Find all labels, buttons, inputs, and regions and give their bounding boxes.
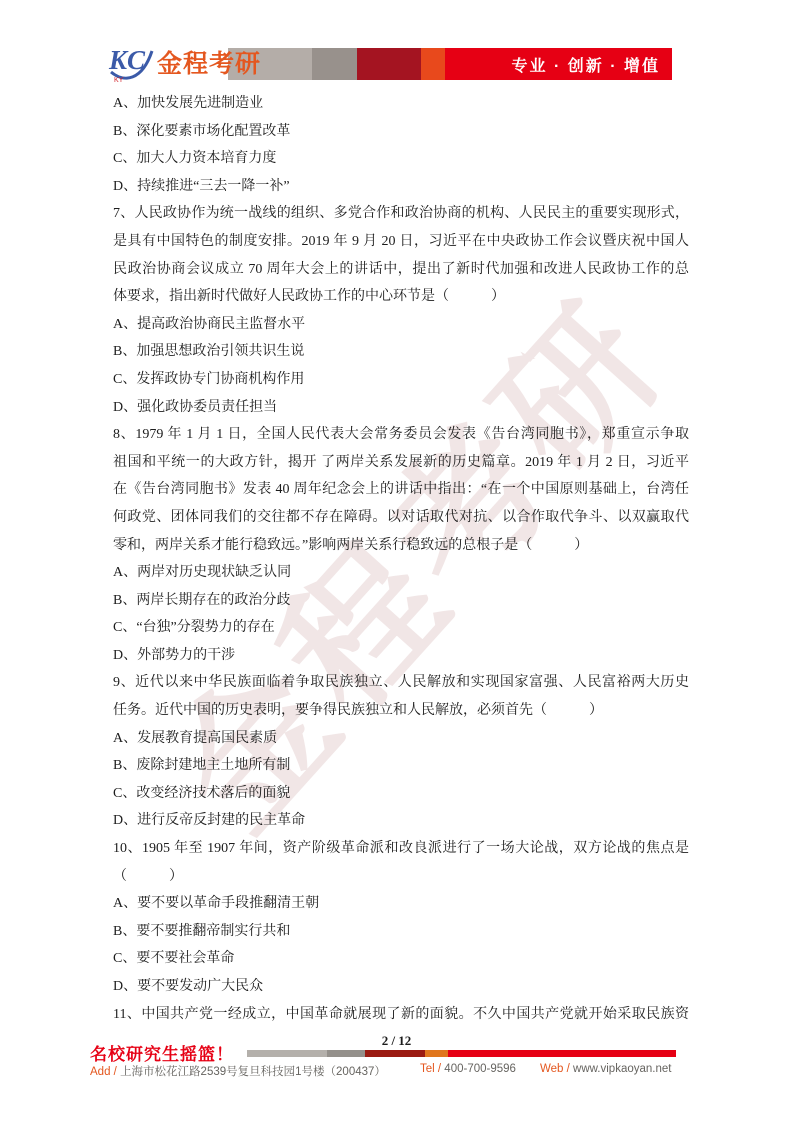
option-line: D、要不要发动广大民众 xyxy=(113,973,689,1001)
option-line: A、要不要以革命手段推翻清王朝 xyxy=(113,890,689,918)
option-line: D、持续推进“三去一降一补” xyxy=(113,173,689,201)
option-line: A、提高政治协商民主监督水平 xyxy=(113,311,689,339)
address-text: 上海市松花江路2539号复旦科技园1号楼（200437） xyxy=(120,1066,386,1078)
question-stem-line: 10、1905 年至 1907 年间，资产阶级革命派和改良派进行了一场大论战，双… xyxy=(113,835,689,863)
bar-segment-red xyxy=(448,1050,676,1057)
option-line: C、“台独”分裂势力的存在 xyxy=(113,614,689,642)
option-line: D、进行反帝反封建的民主革命 xyxy=(113,807,689,835)
web-item: Web / www.vipkaoyan.net xyxy=(540,1063,671,1075)
footer-color-bar xyxy=(247,1050,676,1057)
kc-logo-icon: KC KY xyxy=(108,41,154,87)
exam-content: A、加快发展先进制造业 B、深化要素市场化配置改革 C、加大人力资本培育力度 D… xyxy=(113,90,689,1028)
option-line: B、废除封建地主土地所有制 xyxy=(113,752,689,780)
option-line: A、两岸对历史现状缺乏认同 xyxy=(113,559,689,587)
question-stem-line: 是具有中国特色的制度安排。2019 年 9 月 20 日，习近平在中央政协工作会… xyxy=(113,228,689,256)
question-stem-line: 何政党、团体同我们的交往都不存在障碍。以对话取代对抗、以合作取代争斗、以双赢取代 xyxy=(113,504,689,532)
footer-contacts: Add / 上海市松花江路2539号复旦科技园1号楼（200437） Tel /… xyxy=(0,1063,793,1081)
option-line: C、加大人力资本培育力度 xyxy=(113,145,689,173)
option-line: D、强化政协委员责任担当 xyxy=(113,394,689,422)
option-line: B、深化要素市场化配置改革 xyxy=(113,118,689,146)
web-url: www.vipkaoyan.net xyxy=(573,1063,671,1075)
option-line: D、外部势力的干涉 xyxy=(113,642,689,670)
question-stem-line: 体要求，指出新时代做好人民政协工作的中心环节是（ ） xyxy=(113,283,689,311)
question-stem-line: 9、近代以来中华民族面临着争取民族独立、人民解放和实现国家富强、人民富裕两大历史 xyxy=(113,669,689,697)
bar-segment-dark-red xyxy=(365,1050,425,1057)
tel-number: 400-700-9596 xyxy=(444,1063,516,1075)
question-stem-line: 7、人民政协作为统一战线的组织、多党合作和政治协商的机构、人民民主的重要实现形式… xyxy=(113,200,689,228)
option-line: B、加强思想政治引领共识生说 xyxy=(113,338,689,366)
header-color-bar: 专业 · 创新 · 增值 xyxy=(228,48,672,80)
tel-label: Tel / xyxy=(420,1063,441,1075)
question-stem-line: 11、中国共产党一经成立，中国革命就展现了新的面貌。不久中国共产党就开始采取民族… xyxy=(113,1001,689,1029)
question-stem-line: （ ） xyxy=(113,863,689,891)
bar-segment-red: 专业 · 创新 · 增值 xyxy=(445,48,672,80)
brand-logo: KC KY 金程考研 xyxy=(108,40,261,88)
question-stem-line: 民政治协商会议成立 70 周年大会上的讲话中，提出了新时代加强和改进人民政协工作… xyxy=(113,256,689,284)
bar-segment-light-gray xyxy=(247,1050,327,1057)
brand-slogan: 专业 · 创新 · 增值 xyxy=(512,53,660,76)
brand-logo-text: 金程考研 xyxy=(157,52,261,77)
bar-segment-dark-red xyxy=(357,48,421,80)
exam-page: KC KY 金程考研 专业 · 创新 · 增值 金程考研 A、加快发展先进制造业… xyxy=(0,0,793,1122)
question-stem-line: 在《告台湾同胞书》发表 40 周年纪念会上的讲话中指出：“在一个中国原则基础上，… xyxy=(113,476,689,504)
question-stem-line: 祖国和平统一的大政方针，揭开 了两岸关系发展新的历史篇章。2019 年 1 月 … xyxy=(113,449,689,477)
bar-segment-orange xyxy=(421,48,445,80)
web-label: Web / xyxy=(540,1063,570,1075)
option-line: C、要不要社会革命 xyxy=(113,945,689,973)
option-line: B、两岸长期存在的政治分歧 xyxy=(113,587,689,615)
question-stem-line: 零和，两岸关系才能行稳致远。”影响两岸关系行稳致远的总根子是（ ） xyxy=(113,532,689,560)
option-line: A、发展教育提高国民素质 xyxy=(113,725,689,753)
question-stem-line: 任务。近代中国的历史表明，要争得民族独立和人民解放，必须首先（ ） xyxy=(113,697,689,725)
option-line: B、要不要推翻帝制实行共和 xyxy=(113,918,689,946)
question-stem-line: 8、1979 年 1 月 1 日，全国人民代表大会常务委员会发表《告台湾同胞书》… xyxy=(113,421,689,449)
option-line: C、发挥政协专门协商机构作用 xyxy=(113,366,689,394)
bar-segment-orange xyxy=(425,1050,448,1057)
address-item: Add / 上海市松花江路2539号复旦科技园1号楼（200437） xyxy=(90,1063,386,1079)
bar-segment-gray xyxy=(312,48,357,80)
kc-logo-subtext: KY xyxy=(114,77,124,84)
option-line: A、加快发展先进制造业 xyxy=(113,90,689,118)
tel-item: Tel / 400-700-9596 xyxy=(420,1063,516,1075)
address-label: Add / xyxy=(90,1066,117,1078)
bar-segment-gray xyxy=(327,1050,365,1057)
option-line: C、改变经济技术落后的面貌 xyxy=(113,780,689,808)
footer-brand-text: 名校研究生摇篮！ xyxy=(90,1040,234,1065)
